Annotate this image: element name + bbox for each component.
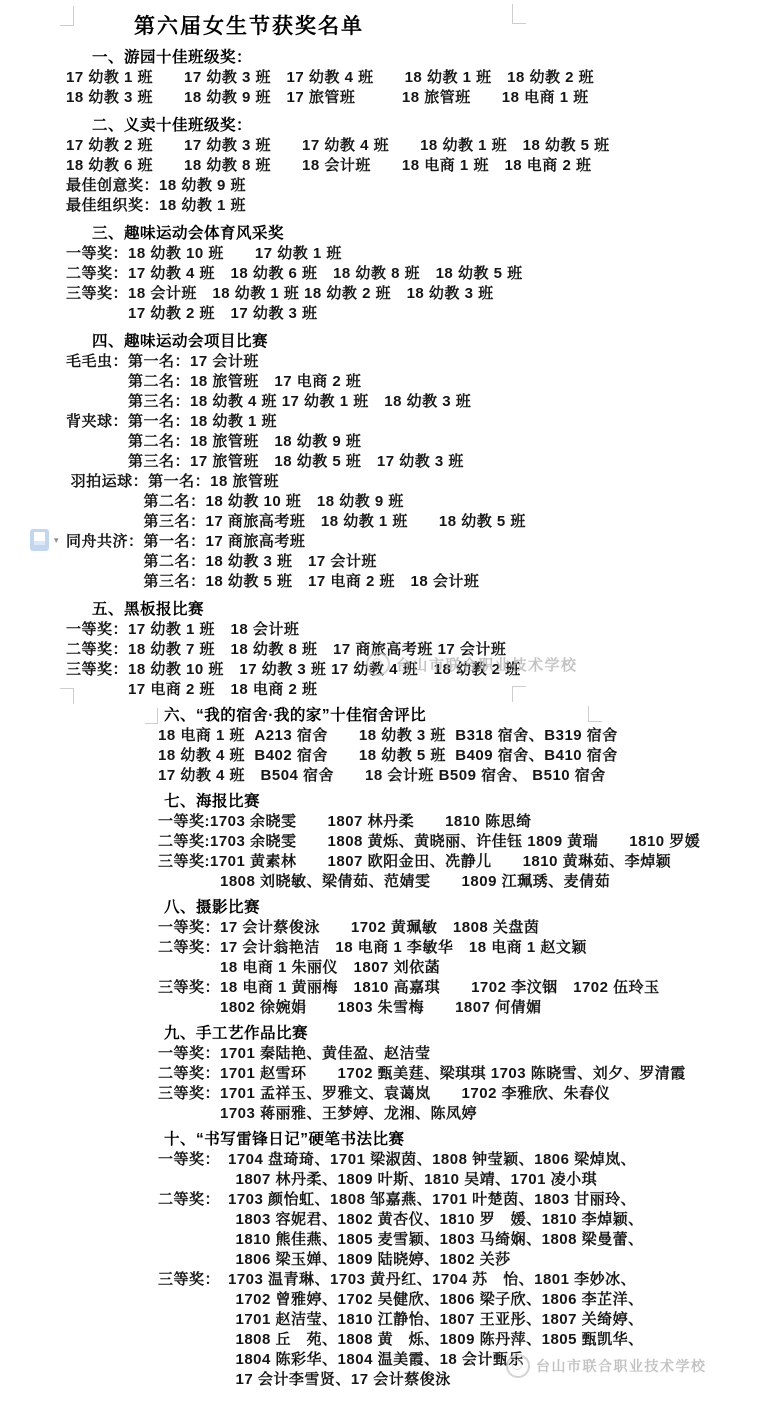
award-line: 18 电商 1 班 A213 宿舍 18 幼教 3 班 B318 宿舍、B319… <box>158 726 768 746</box>
award-line: 三等奖：18 电商 1 黄丽梅 1810 高嘉琪 1702 李汶铟 1702 伍… <box>158 978 768 998</box>
award-section: 六、“我的宿舍·我的家”十佳宿舍评比18 电商 1 班 A213 宿舍 18 幼… <box>158 706 768 786</box>
award-line: 18 幼教 3 班 18 幼教 9 班 17 旅管班 18 旅管班 18 电商 … <box>66 88 768 108</box>
document-body: 第六届女生节获奖名单 一、游园十佳班级奖：17 幼教 1 班 17 幼教 3 班… <box>0 14 768 1390</box>
award-line: 1703 蒋丽雅、王梦婷、龙湘、陈凤婷 <box>158 1104 768 1124</box>
page-corner-mark <box>512 686 526 687</box>
page-corner-mark <box>512 4 513 24</box>
pages-container: 一、游园十佳班级奖：17 幼教 1 班 17 幼教 3 班 17 幼教 4 班 … <box>0 48 768 1390</box>
award-line: 一等奖：17 幼教 1 班 18 会计班 <box>66 620 768 640</box>
award-line: 二等奖：17 幼教 4 班 18 幼教 6 班 18 幼教 8 班 18 幼教 … <box>66 264 768 284</box>
award-line: 第二名：18 旅管班 17 电商 2 班 <box>66 372 768 392</box>
section-heading: 六、“我的宿舍·我的家”十佳宿舍评比 <box>164 706 768 726</box>
award-line: 一等奖： 1704 盘琦琦、1701 梁淑茵、1808 钟莹颖、1806 梁焯岚… <box>158 1150 768 1170</box>
page-corner-mark <box>60 25 73 26</box>
award-line: 同舟共济：第一名：17 商旅高考班 <box>66 532 768 552</box>
award-line: 18 幼教 4 班 B402 宿舍 18 幼教 5 班 B409 宿舍、B410… <box>158 746 768 766</box>
award-line: 第三名：18 幼教 4 班 17 幼教 1 班 18 幼教 3 班 <box>66 392 768 412</box>
section-heading: 九、手工艺作品比赛 <box>164 1024 768 1044</box>
award-line: 二等奖： 1703 颜怡虹、1808 邹嘉燕、1701 叶楚茵、1803 甘丽玲… <box>158 1190 768 1210</box>
award-line: 1802 徐婉娟 1803 朱雪梅 1807 何倩媚 <box>158 998 768 1018</box>
award-line: 1810 熊佳燕、1805 麦雪颖、1803 马绮娴、1808 梁曼蕾、 <box>158 1230 768 1250</box>
award-line: 1806 梁玉婵、1809 陆晓婷、1802 关莎 <box>158 1250 768 1270</box>
award-section: 二、义卖十佳班级奖：17 幼教 2 班 17 幼教 3 班 17 幼教 4 班 … <box>66 116 768 216</box>
paste-options-button[interactable]: ▾ <box>30 528 76 552</box>
page-title: 第六届女生节获奖名单 <box>134 14 768 40</box>
award-line: 羽拍运球：第一名：18 旅管班 <box>66 472 768 492</box>
award-line: 1808 刘晓敏、梁倩茹、范婧雯 1809 江珮琇、麦倩茹 <box>158 872 768 892</box>
page-corner-mark <box>73 688 74 704</box>
paste-clipboard-icon[interactable] <box>30 529 49 551</box>
award-line: 最佳组织奖：18 幼教 1 班 <box>66 196 768 216</box>
award-line: 三等奖：1701 孟祥玉、罗雅文、袁蔼岚 1702 李雅欣、朱春仪 <box>158 1084 768 1104</box>
page-corner-mark <box>512 23 526 24</box>
section-heading: 四、趣味运动会项目比赛 <box>92 332 768 352</box>
award-section: 九、手工艺作品比赛一等奖：1701 秦陆艳、黄佳盈、赵洁莹二等奖：1701 赵雪… <box>158 1024 768 1124</box>
page-corner-mark <box>73 6 74 26</box>
award-line: 1807 林丹柔、1809 叶斯、1810 吴靖、1701 凌小琪 <box>158 1170 768 1190</box>
award-line: 17 幼教 4 班 B504 宿舍 18 会计班 B509 宿舍、 B510 宿… <box>158 766 768 786</box>
award-section: 五、黑板报比赛一等奖：17 幼教 1 班 18 会计班二等奖：18 幼教 7 班… <box>66 600 768 700</box>
page-corner-mark <box>145 723 157 724</box>
award-line: 二等奖:1703 余晓雯 1808 黄烁、黄晓丽、许佳钰 1809 黄瑞 181… <box>158 832 768 852</box>
section-heading: 一、游园十佳班级奖： <box>92 48 768 68</box>
award-line: 1804 陈彩华、1804 温美霞、18 会计甄乐 <box>158 1350 768 1370</box>
page-corner-mark <box>512 686 513 702</box>
document-page-2: 六、“我的宿舍·我的家”十佳宿舍评比18 电商 1 班 A213 宿舍 18 幼… <box>0 706 768 1390</box>
award-line: 第三名：17 旅管班 18 幼教 5 班 17 幼教 3 班 <box>66 452 768 472</box>
award-line: 第三名：17 商旅高考班 18 幼教 1 班 18 幼教 5 班 <box>66 512 768 532</box>
award-line: 最佳创意奖：18 幼教 9 班 <box>66 176 768 196</box>
award-line: 第二名：18 幼教 3 班 17 会计班 <box>66 552 768 572</box>
award-line: 一等奖:1703 余晓雯 1807 林丹柔 1810 陈思绮 <box>158 812 768 832</box>
award-line: 1702 曾雅婷、1702 吴健欣、1806 梁子欣、1806 李芷洋、 <box>158 1290 768 1310</box>
award-line: 第二名：18 幼教 10 班 18 幼教 9 班 <box>66 492 768 512</box>
award-line: 二等奖：1701 赵雪环 1702 甄美莛、梁琪琪 1703 陈晓雪、刘夕、罗清… <box>158 1064 768 1084</box>
award-line: 17 电商 2 班 18 电商 2 班 <box>66 680 768 700</box>
section-heading: 二、义卖十佳班级奖： <box>92 116 768 136</box>
page-corner-mark <box>157 708 158 724</box>
award-section: 三、趣味运动会体育风采奖一等奖：18 幼教 10 班 17 幼教 1 班二等奖：… <box>66 224 768 324</box>
section-heading: 十、“书写雷锋日记”硬笔书法比赛 <box>164 1130 768 1150</box>
award-line: 17 幼教 2 班 17 幼教 3 班 17 幼教 4 班 18 幼教 1 班 … <box>66 136 768 156</box>
award-section: 八、摄影比赛一等奖：17 会计蔡俊泳 1702 黄珮敏 1808 关盘茵二等奖：… <box>158 898 768 1018</box>
award-line: 一等奖：17 会计蔡俊泳 1702 黄珮敏 1808 关盘茵 <box>158 918 768 938</box>
award-line: 一等奖：18 幼教 10 班 17 幼教 1 班 <box>66 244 768 264</box>
award-line: 一等奖：1701 秦陆艳、黄佳盈、赵洁莹 <box>158 1044 768 1064</box>
award-line: 第三名：18 幼教 5 班 17 电商 2 班 18 会计班 <box>66 572 768 592</box>
award-line: 毛毛虫：第一名：17 会计班 <box>66 352 768 372</box>
award-line: 18 电商 1 朱丽仪 1807 刘依菡 <box>158 958 768 978</box>
award-line: 背夹球：第一名：18 幼教 1 班 <box>66 412 768 432</box>
award-section: 一、游园十佳班级奖：17 幼教 1 班 17 幼教 3 班 17 幼教 4 班 … <box>66 48 768 108</box>
award-section: 七、海报比赛一等奖:1703 余晓雯 1807 林丹柔 1810 陈思绮二等奖:… <box>158 792 768 892</box>
award-line: 1701 赵洁莹、1810 江静怡、1807 王亚彤、1807 关绮婷、 <box>158 1310 768 1330</box>
award-line: 三等奖： 1703 温青琳、1703 黄丹红、1704 苏 怡、1801 李妙冰… <box>158 1270 768 1290</box>
section-heading: 八、摄影比赛 <box>164 898 768 918</box>
section-heading: 五、黑板报比赛 <box>92 600 768 620</box>
document-canvas: ▾ 台山市联合职业技术学校 台山市联合职业技术学校 第六届女生节获奖名单 一、游… <box>0 0 768 1404</box>
award-line: 18 幼教 6 班 18 幼教 8 班 18 会计班 18 电商 1 班 18 … <box>66 156 768 176</box>
award-line: 1803 容妮君、1802 黄杏仪、1810 罗 媛、1810 李焯颖、 <box>158 1210 768 1230</box>
section-heading: 三、趣味运动会体育风采奖 <box>92 224 768 244</box>
award-section: 十、“书写雷锋日记”硬笔书法比赛一等奖： 1704 盘琦琦、1701 梁淑茵、1… <box>158 1130 768 1390</box>
award-line: 1808 丘 苑、1808 黄 烁、1809 陈丹萍、1805 甄凯华、 <box>158 1330 768 1350</box>
award-line: 二等奖：18 幼教 7 班 18 幼教 8 班 17 商旅高考班 17 会计班 <box>66 640 768 660</box>
award-line: 17 幼教 2 班 17 幼教 3 班 <box>66 304 768 324</box>
section-heading: 七、海报比赛 <box>164 792 768 812</box>
award-section: 四、趣味运动会项目比赛毛毛虫：第一名：17 会计班 第二名：18 旅管班 17 … <box>66 332 768 592</box>
page-corner-mark <box>588 706 589 722</box>
award-line: 三等奖：18 幼教 10 班 17 幼教 3 班 17 幼教 4 班 18 幼教… <box>66 660 768 680</box>
page-corner-mark <box>60 688 73 689</box>
award-line: 17 会计李雪贤、17 会计蔡俊泳 <box>158 1370 768 1390</box>
document-page-1: 一、游园十佳班级奖：17 幼教 1 班 17 幼教 3 班 17 幼教 4 班 … <box>0 48 768 700</box>
award-line: 第二名：18 旅管班 18 幼教 9 班 <box>66 432 768 452</box>
chevron-down-icon[interactable]: ▾ <box>54 536 59 545</box>
award-line: 二等奖：17 会计翁艳洁 18 电商 1 李敏华 18 电商 1 赵文颖 <box>158 938 768 958</box>
page-corner-mark <box>588 721 602 722</box>
award-line: 三等奖:1701 黄素林 1807 欧阳金田、冼静儿 1810 黄琳茹、李焯颖 <box>158 852 768 872</box>
award-line: 三等奖：18 会计班 18 幼教 1 班 18 幼教 2 班 18 幼教 3 班 <box>66 284 768 304</box>
award-line: 17 幼教 1 班 17 幼教 3 班 17 幼教 4 班 18 幼教 1 班 … <box>66 68 768 88</box>
